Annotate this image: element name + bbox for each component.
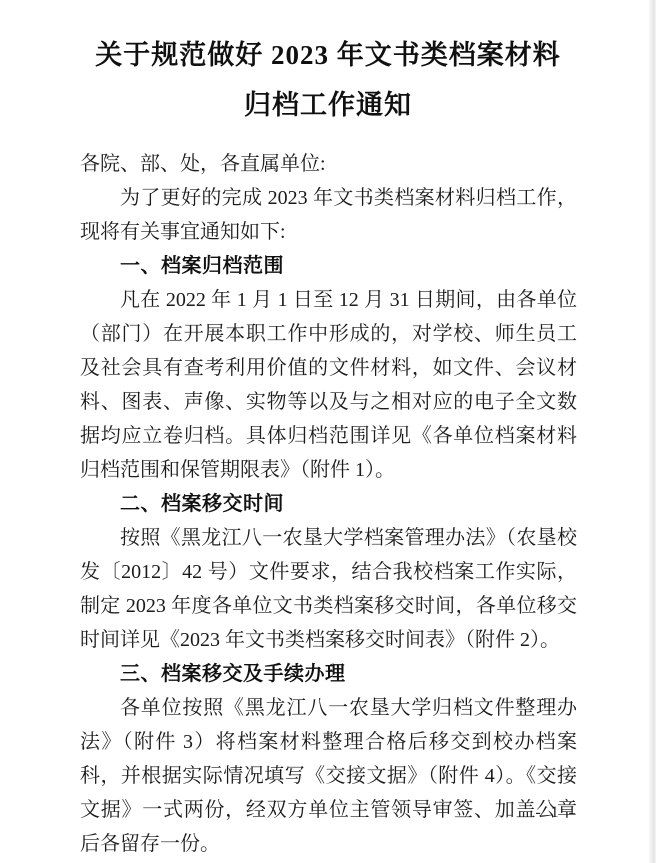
section-1-paragraph: 凡在 2022 年 1 月 1 日至 12 月 31 日期间，由各单位（部门）在… xyxy=(80,283,577,487)
salutation-line: 各院、部、处，各直属单位: xyxy=(80,147,577,181)
title-line-1: 关于规范做好 2023 年文书类档案材料 xyxy=(60,30,596,80)
section-2-paragraph: 按照《黑龙江八一农垦大学档案管理办法》（农垦校发〔2012〕42 号）文件要求，… xyxy=(80,521,577,657)
section-1-heading: 一、档案归档范围 xyxy=(80,249,577,283)
intro-paragraph: 为了更好的完成 2023 年文书类档案材料归档工作，现将有关事宜通知如下: xyxy=(80,181,577,249)
section-3-paragraph: 各单位按照《黑龙江八一农垦大学归档文件整理办法》（附件 3）将档案材料整理合格后… xyxy=(80,691,577,861)
section-3-heading: 三、档案移交及手续办理 xyxy=(80,657,577,691)
document-page: 关于规范做好 2023 年文书类档案材料 归档工作通知 各院、部、处，各直属单位… xyxy=(0,0,656,863)
title-line-2: 归档工作通知 xyxy=(60,80,596,130)
section-2-heading: 二、档案移交时间 xyxy=(80,487,577,521)
document-title: 关于规范做好 2023 年文书类档案材料 归档工作通知 xyxy=(60,30,596,130)
document-body: 各院、部、处，各直属单位: 为了更好的完成 2023 年文书类档案材料归档工作，… xyxy=(80,147,577,861)
scan-edge-shadow xyxy=(648,0,656,863)
page-number: - 1 - xyxy=(535,804,577,822)
